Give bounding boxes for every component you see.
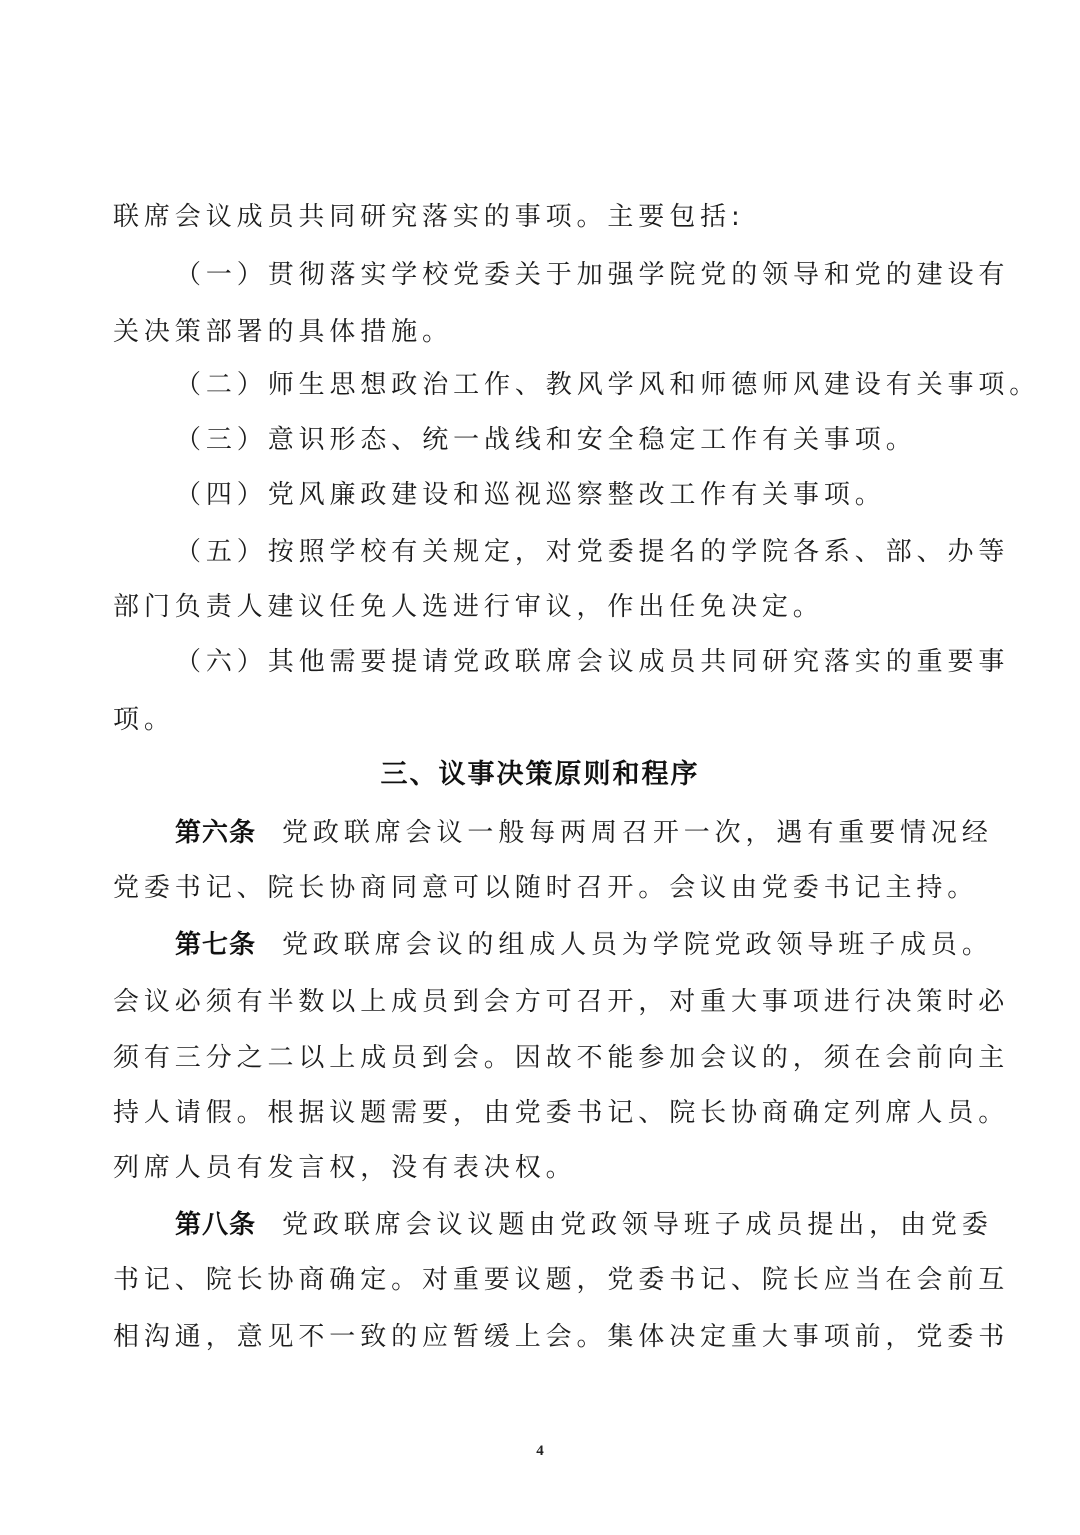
list-item-2: （二）师生思想政治工作、教风学风和师德师风建设有关事项。 bbox=[175, 365, 1045, 405]
article-text: 党政联席会议一般每两周召开一次，遇有重要情况经 bbox=[282, 818, 993, 848]
article-text: 党政联席会议的组成人员为学院党政领导班子成员。 bbox=[282, 930, 993, 960]
article-text: 党政联席会议议题由党政领导班子成员提出，由党委 bbox=[282, 1210, 993, 1240]
page-number: 4 bbox=[0, 1443, 1080, 1460]
paragraph-line: 联席会议成员共同研究落实的事项。主要包括: bbox=[113, 197, 983, 237]
list-item-1: （一）贯彻落实学校党委关于加强学院党的领导和党的建设有 bbox=[175, 255, 1045, 295]
article-7: 第七条党政联席会议的组成人员为学院党政领导班子成员。 bbox=[175, 925, 1045, 965]
article-label: 第六条 bbox=[175, 818, 256, 848]
article-7-line: 会议必须有半数以上成员到会方可召开，对重大事项进行决策时必 bbox=[113, 982, 983, 1022]
list-item-5-continued: 部门负责人建议任免人选进行审议，作出任免决定。 bbox=[113, 587, 983, 627]
article-6-line: 党委书记、院长协商同意可以随时召开。会议由党委书记主持。 bbox=[113, 868, 983, 908]
article-8-line: 书记、院长协商确定。对重要议题，党委书记、院长应当在会前互 bbox=[113, 1260, 983, 1300]
list-item-1-continued: 关决策部署的具体措施。 bbox=[113, 312, 983, 352]
article-7-line: 持人请假。根据议题需要，由党委书记、院长协商确定列席人员。 bbox=[113, 1093, 983, 1133]
list-item-3: （三）意识形态、统一战线和安全稳定工作有关事项。 bbox=[175, 420, 1045, 460]
list-item-5: （五）按照学校有关规定，对党委提名的学院各系、部、办等 bbox=[175, 532, 1045, 572]
list-item-6: （六）其他需要提请党政联席会议成员共同研究落实的重要事 bbox=[175, 642, 1045, 682]
article-8: 第八条党政联席会议议题由党政领导班子成员提出，由党委 bbox=[175, 1205, 1045, 1245]
article-label: 第七条 bbox=[175, 930, 256, 960]
article-7-line: 列席人员有发言权，没有表决权。 bbox=[113, 1148, 983, 1188]
list-item-6-continued: 项。 bbox=[113, 700, 983, 740]
section-heading: 三、议事决策原则和程序 bbox=[0, 755, 1080, 795]
list-item-4: （四）党风廉政建设和巡视巡察整改工作有关事项。 bbox=[175, 475, 1045, 515]
document-page: 联席会议成员共同研究落实的事项。主要包括: （一）贯彻落实学校党委关于加强学院党… bbox=[0, 0, 1080, 1535]
article-7-line: 须有三分之二以上成员到会。因故不能参加会议的，须在会前向主 bbox=[113, 1038, 983, 1078]
article-8-line: 相沟通，意见不一致的应暂缓上会。集体决定重大事项前，党委书 bbox=[113, 1317, 983, 1357]
article-label: 第八条 bbox=[175, 1210, 256, 1240]
article-6: 第六条党政联席会议一般每两周召开一次，遇有重要情况经 bbox=[175, 813, 1045, 853]
